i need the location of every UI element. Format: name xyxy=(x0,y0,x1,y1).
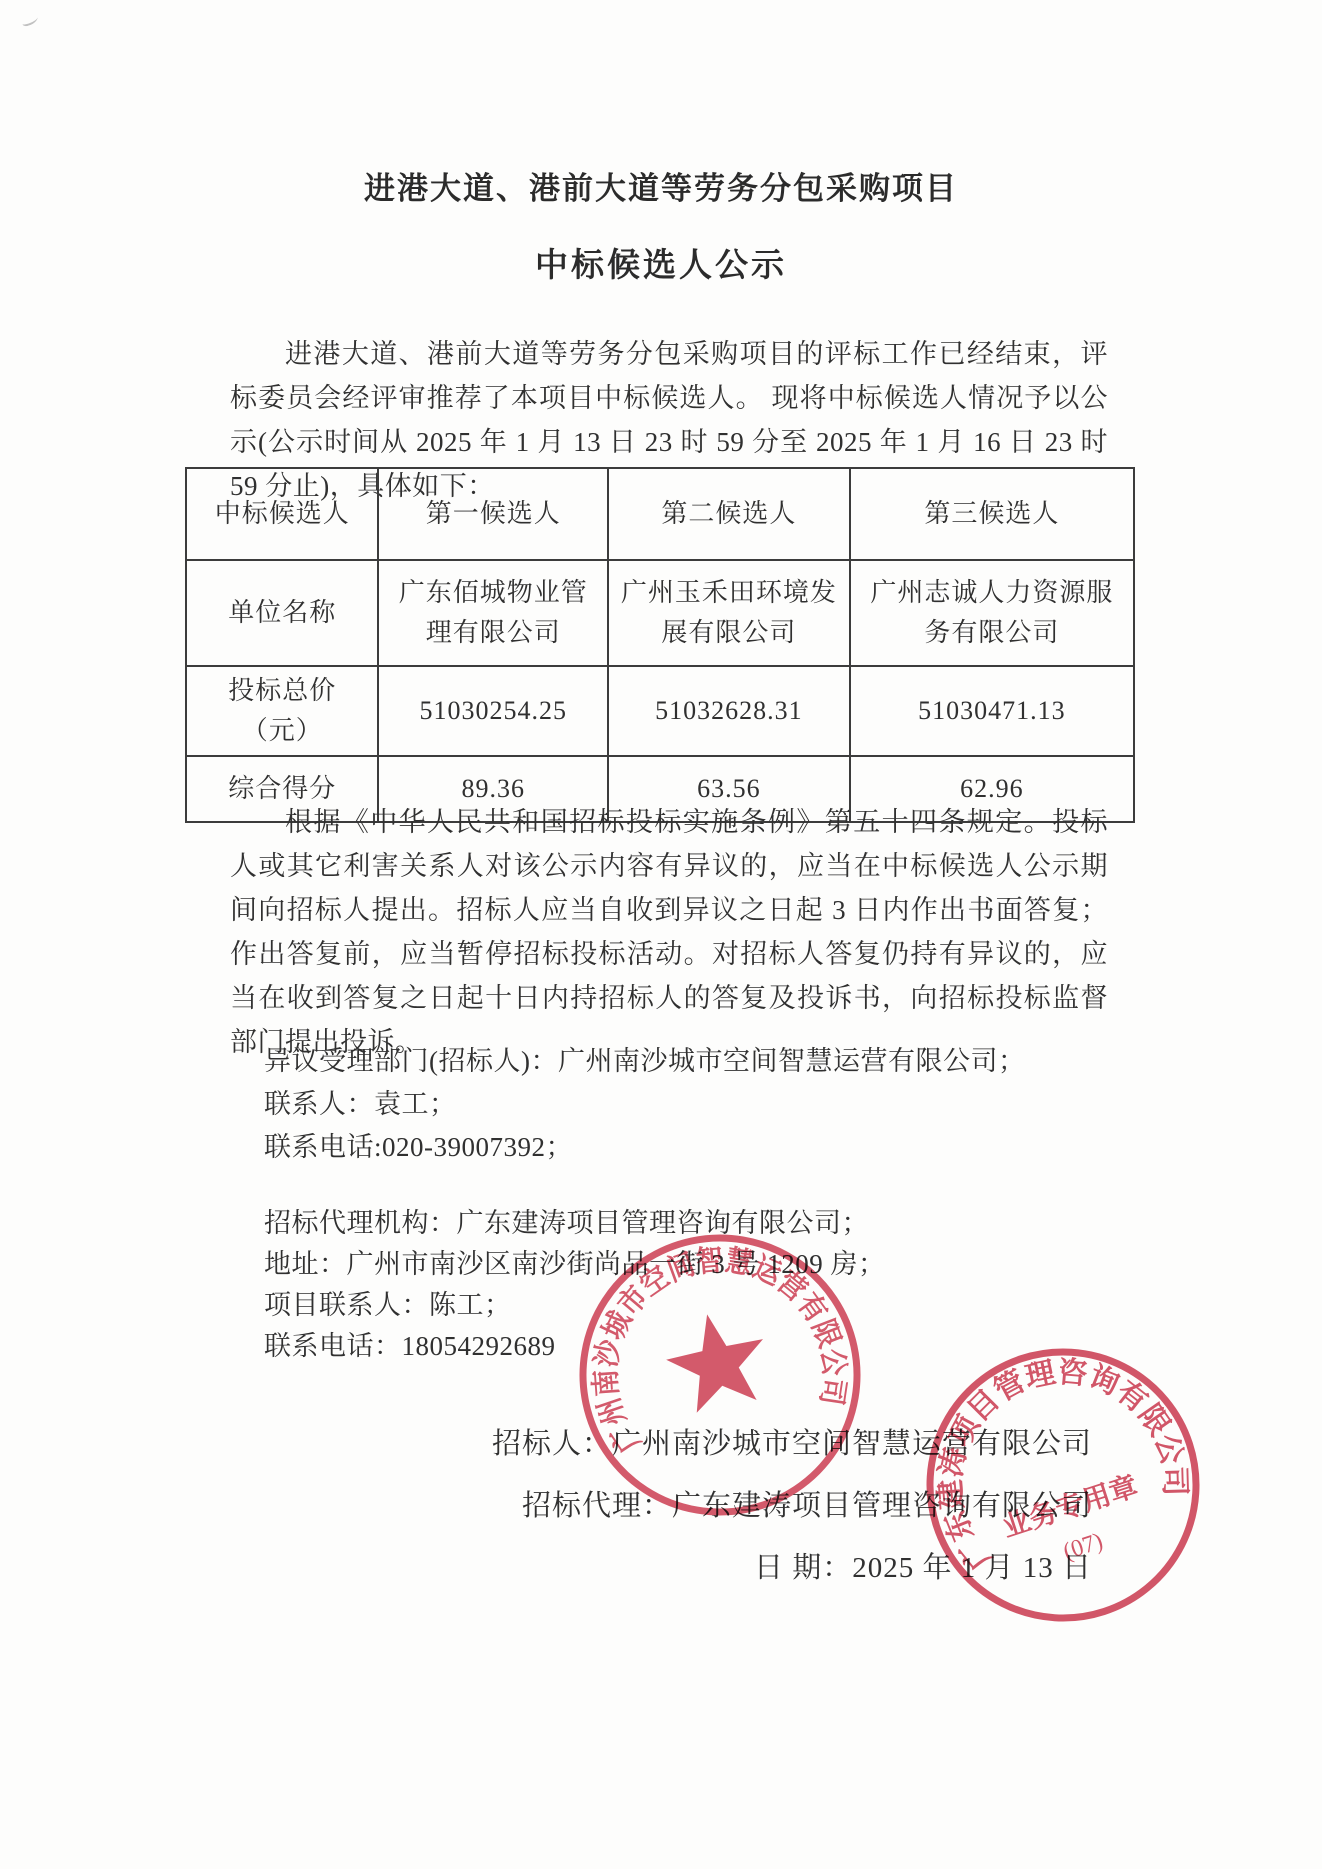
header-cell-first: 第一候选人 xyxy=(378,468,608,560)
table-header-row: 中标候选人 第一候选人 第二候选人 第三候选人 xyxy=(186,468,1134,560)
objection-department: 异议受理部门(招标人)：广州南沙城市空间智慧运营有限公司； xyxy=(264,1040,1025,1083)
cell-price-3: 51030471.13 xyxy=(850,666,1134,756)
signoff-date: 日 期：2025 年 1 月 13 日 xyxy=(492,1537,1092,1599)
row-label-company: 单位名称 xyxy=(186,560,378,666)
agency-contact: 项目联系人：陈工； xyxy=(264,1285,886,1326)
page-title: 进港大道、港前大道等劳务分包采购项目 xyxy=(0,163,1322,208)
agency-address: 地址：广州市南沙区南沙街尚品一街 3 号 1209 房； xyxy=(264,1244,886,1285)
header-cell-candidate: 中标候选人 xyxy=(186,468,378,560)
document-page: 进港大道、港前大道等劳务分包采购项目 中标候选人公示 进港大道、港前大道等劳务分… xyxy=(0,0,1322,1869)
agency-org: 招标代理机构：广东建涛项目管理咨询有限公司； xyxy=(264,1203,886,1244)
cell-company-1: 广东佰城物业管理有限公司 xyxy=(378,560,608,666)
objection-phone: 联系电话:020-39007392； xyxy=(264,1126,1025,1169)
agency-phone: 联系电话：18054292689 xyxy=(264,1326,886,1367)
row-label-price: 投标总价（元） xyxy=(186,666,378,756)
table-row-price: 投标总价（元） 51030254.25 51032628.31 51030471… xyxy=(186,666,1134,756)
scan-artifact xyxy=(22,13,38,27)
legal-paragraph: 根据《中华人民共和国招标投标实施条例》第五十四条规定。投标人或其它利害关系人对该… xyxy=(230,800,1108,1064)
objection-contact: 联系人：袁工； xyxy=(264,1083,1025,1126)
signoff-agent: 招标代理：广东建涛项目管理咨询有限公司 xyxy=(492,1475,1092,1537)
cell-price-1: 51030254.25 xyxy=(378,666,608,756)
header-cell-second: 第二候选人 xyxy=(608,468,850,560)
page-subtitle: 中标候选人公示 xyxy=(0,239,1322,286)
objection-block: 异议受理部门(招标人)：广州南沙城市空间智慧运营有限公司； 联系人：袁工； 联系… xyxy=(264,1040,1025,1169)
signoff-block: 招标人：广州南沙城市空间智慧运营有限公司 招标代理：广东建涛项目管理咨询有限公司… xyxy=(492,1413,1092,1599)
cell-company-2: 广州玉禾田环境发展有限公司 xyxy=(608,560,850,666)
bid-candidates-table: 中标候选人 第一候选人 第二候选人 第三候选人 单位名称 广东佰城物业管理有限公… xyxy=(185,467,1135,823)
table-row-company: 单位名称 广东佰城物业管理有限公司 广州玉禾田环境发展有限公司 广州志诚人力资源… xyxy=(186,560,1134,666)
agency-block: 招标代理机构：广东建涛项目管理咨询有限公司； 地址：广州市南沙区南沙街尚品一街 … xyxy=(264,1203,886,1367)
cell-company-3: 广州志诚人力资源服务有限公司 xyxy=(850,560,1134,666)
cell-price-2: 51032628.31 xyxy=(608,666,850,756)
signoff-tenderer: 招标人：广州南沙城市空间智慧运营有限公司 xyxy=(492,1413,1092,1475)
header-cell-third: 第三候选人 xyxy=(850,468,1134,560)
